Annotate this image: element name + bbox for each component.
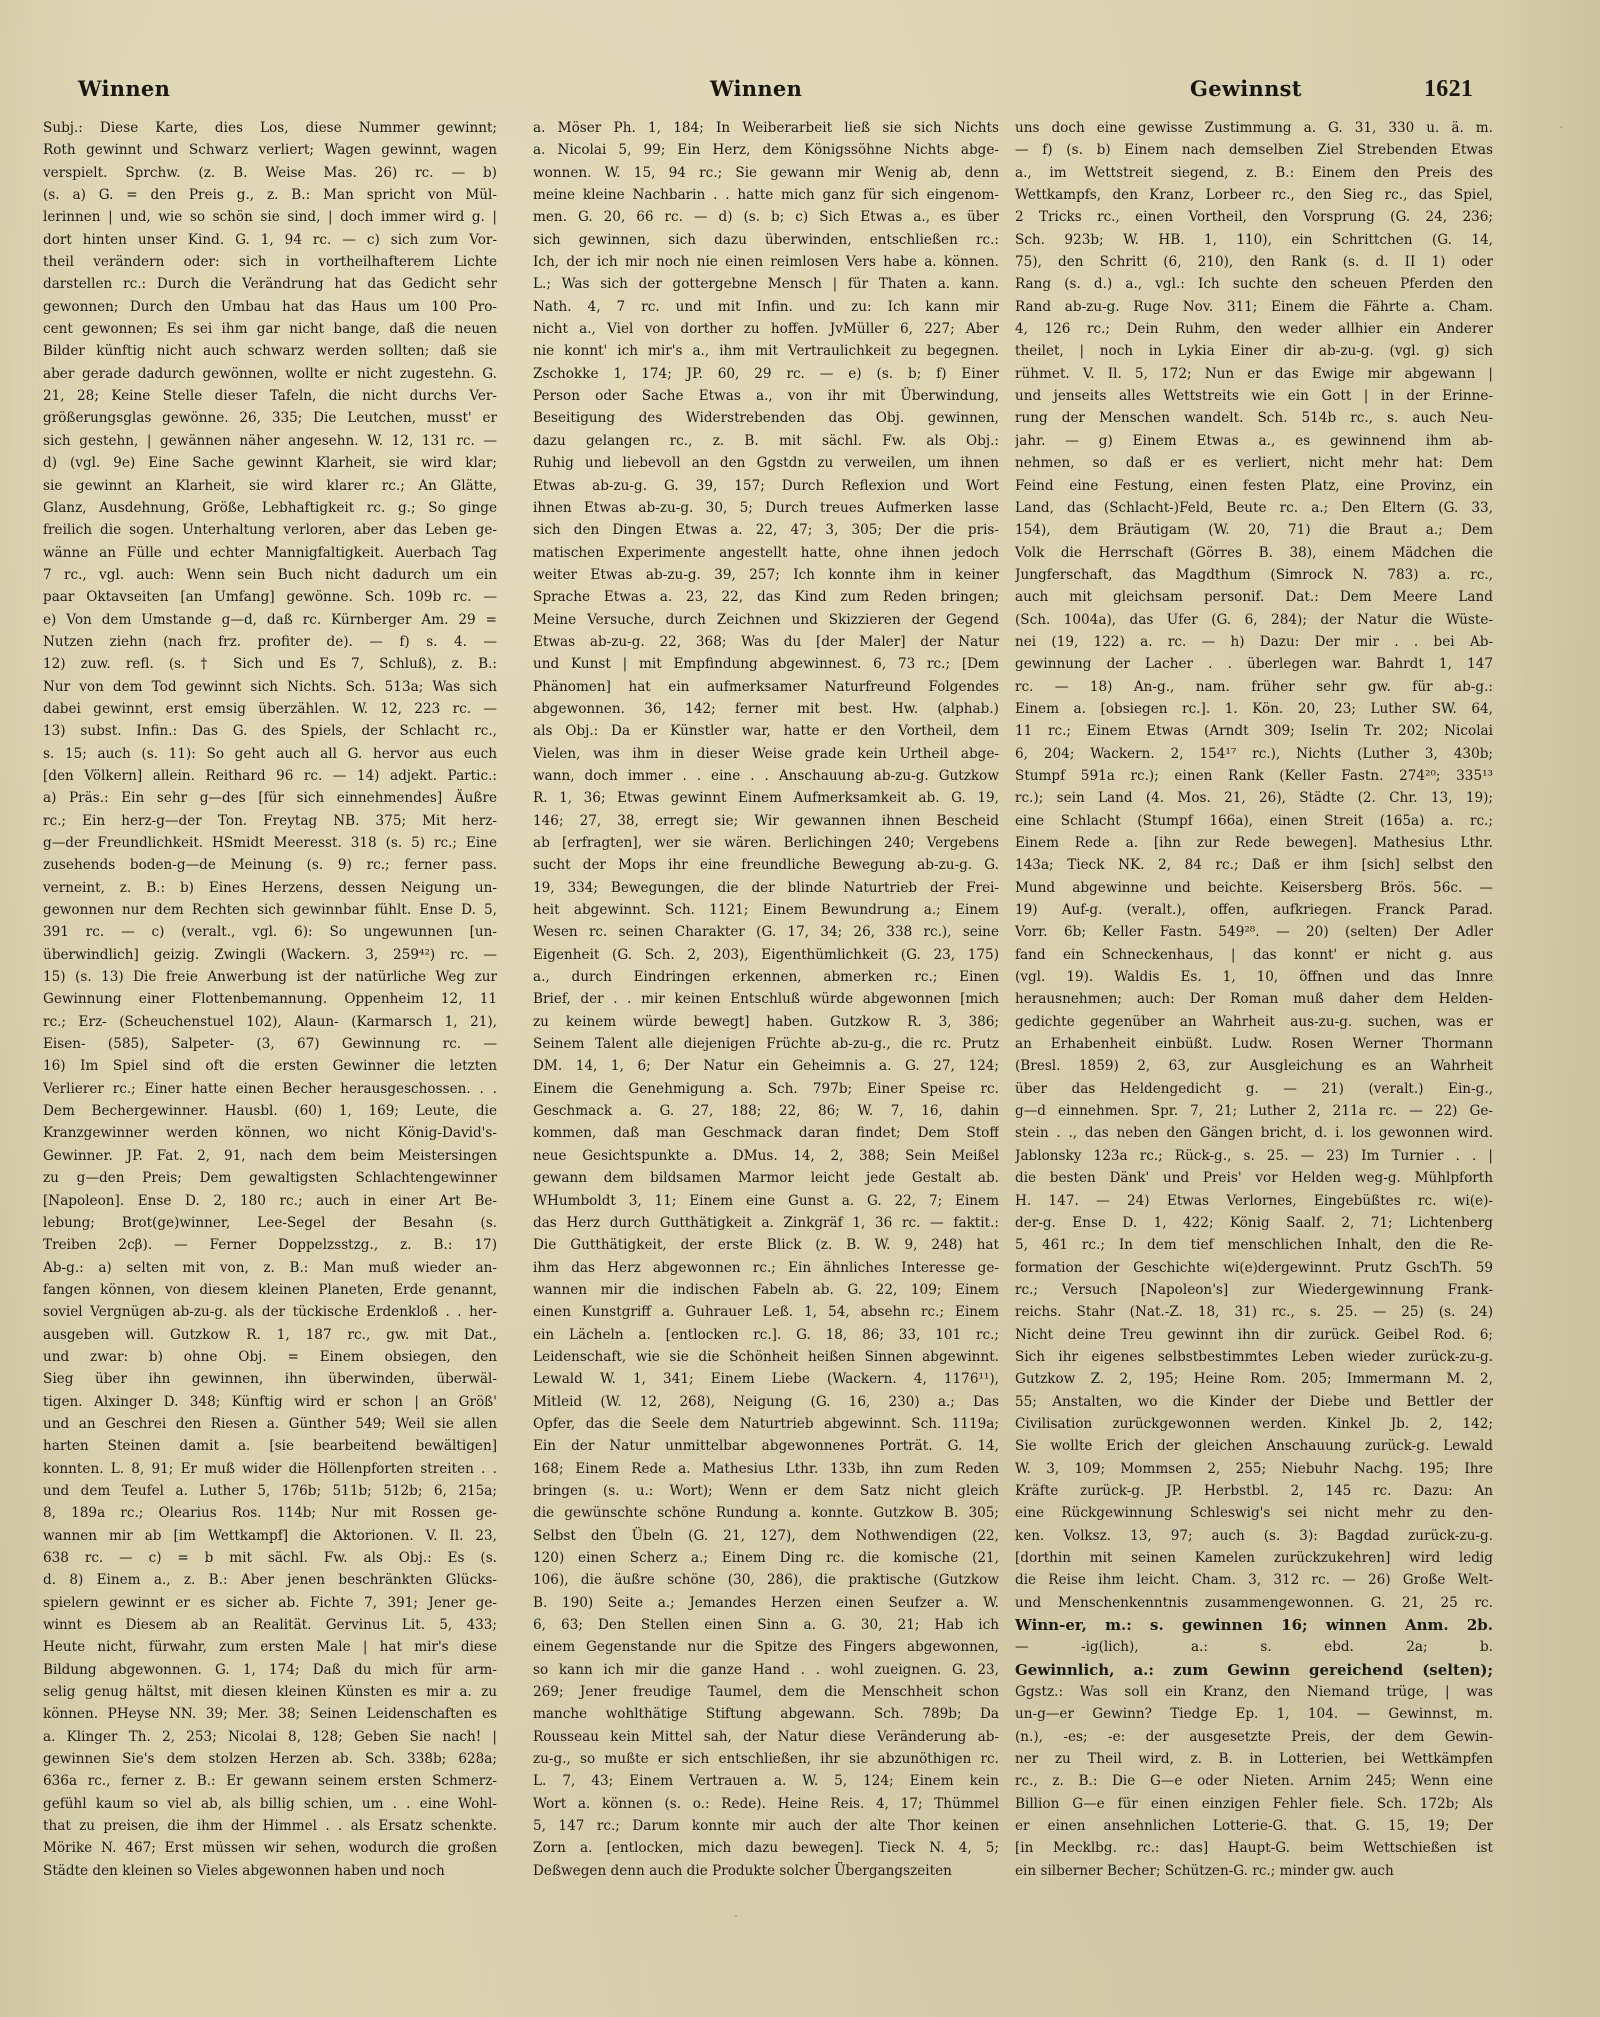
text-line: Land, das (Schlacht-)Feld, Beute rc. a.;… xyxy=(1015,497,1493,519)
text-line: bringen (s. u.: Wort); Wenn er dem Satz … xyxy=(533,1480,999,1502)
text-line: men. G. 20, 66 rc. — d) (s. b; c) Sich E… xyxy=(533,206,999,228)
text-line: wannen mir ab [im Wettkampf] die Aktorio… xyxy=(43,1525,497,1547)
text-line: und Menschenkenntnis zusammengewonnen. G… xyxy=(1015,1592,1493,1614)
text-line: überwindlich] geizig. Zwingli (Wackern. … xyxy=(43,944,497,966)
text-line: Selbst den Übeln (G. 21, 127), dem Nothw… xyxy=(533,1525,999,1547)
text-line: ausgeben will. Gutzkow R. 1, 187 rc., gw… xyxy=(43,1324,497,1346)
text-line: und Kunst | mit Empfindung abgewinnest. … xyxy=(533,653,999,675)
text-line: ner zu Theil wird, z. B. in Lotterien, b… xyxy=(1015,1748,1493,1770)
text-line: Gutzkow Z. 2, 195; Heine Rom. 205; Immer… xyxy=(1015,1368,1493,1390)
text-line: herausnehmen; auch: Der Roman muß daher … xyxy=(1015,988,1493,1010)
text-line: ken. Volksz. 13, 97; auch (s. 3): Bagdad… xyxy=(1015,1525,1493,1547)
text-line: L. 7, 43; Einem Vertrauen a. W. 5, 124; … xyxy=(533,1770,999,1792)
text-line: das Herz durch Gutthätigkeit a. Zinkgräf… xyxy=(533,1212,999,1234)
text-line: Bilder künftig nicht auch schwarz werden… xyxy=(43,340,497,362)
text-line: winnt es Diesem ab an Realität. Gervinus… xyxy=(43,1614,497,1636)
text-line: Sich ihr eigenes selbstbestimmtes Leben … xyxy=(1015,1346,1493,1368)
text-line: cent gewonnen; Es sei ihm gar nicht bang… xyxy=(43,318,497,340)
text-line: a. Möser Ph. 1, 184; In Weiberarbeit lie… xyxy=(533,117,999,139)
text-line: und jenseits alles Wettstreits wie ein G… xyxy=(1015,385,1493,407)
text-line: 638 rc. — c) = b mit sächl. Fw. als Obj.… xyxy=(43,1547,497,1569)
text-line: Rang (s. d.) a., vgl.: Ich suchte den sc… xyxy=(1015,273,1493,295)
text-line: 7 rc., vgl. auch: Wenn sein Buch nicht d… xyxy=(43,564,497,586)
text-line: Eigenheit (G. Sch. 2, 203), Eigenthümlic… xyxy=(533,944,999,966)
text-line: gefühl kaum so viel ab, als billig schie… xyxy=(43,1793,497,1815)
text-line: d) (vgl. 9e) Eine Sache gewinnt Klarheit… xyxy=(43,452,497,474)
text-line: 19) Auf-g. (veralt.), offen, aufkriegen.… xyxy=(1015,899,1493,921)
text-line: Mörike N. 467; Erst müssen wir sehen, wo… xyxy=(43,1837,497,1859)
scan-speck xyxy=(1560,126,1562,128)
text-line: Treiben 2cβ). — Ferner Doppelzsstzg., z.… xyxy=(43,1234,497,1256)
text-line: uns doch eine gewisse Zustimmung a. G. 3… xyxy=(1015,117,1493,139)
text-line: WHumboldt 3, 11; Einem eine Gunst a. G. … xyxy=(533,1190,999,1212)
text-line: 168; Einem Rede a. Mathesius Lthr. 133b,… xyxy=(533,1458,999,1480)
text-line: e) Von dem Umstande g—d, daß rc. Kürnber… xyxy=(43,609,497,631)
text-line: sucht der Mops ihr eine freundliche Bewe… xyxy=(533,854,999,876)
text-line: 143a; Tieck NK. 2, 84 rc.; Daß er ihm [s… xyxy=(1015,854,1493,876)
text-line: Stumpf 591a rc.); einen Rank (Keller Fas… xyxy=(1015,765,1493,787)
text-line: rc.; Ein herz-g—der Ton. Freytag NB. 375… xyxy=(43,810,497,832)
text-line: Rand ab-zu-g. Ruge Nov. 311; Einem die F… xyxy=(1015,296,1493,318)
text-line: s. 15; auch (s. 11): So geht auch all G.… xyxy=(43,743,497,765)
text-line: rc., z. B.: Die G—e oder Nieten. Arnim 2… xyxy=(1015,1770,1493,1792)
text-line: Vorr. 6b; Keller Fastn. 549²⁸. — 20) (se… xyxy=(1015,921,1493,943)
text-line: 5, 147 rc.; Darum konnte mir auch der al… xyxy=(533,1815,999,1837)
text-line: (vgl. 19). Waldis Es. 1, 10, öffnen und … xyxy=(1015,966,1493,988)
text-line: 269; Jener freudige Taumel, dem die Mens… xyxy=(533,1681,999,1703)
text-line: Dem Bechergewinner. Hausbl. (60) 1, 169;… xyxy=(43,1100,497,1122)
text-line: DM. 14, 1, 6; Der Natur ein Geheimnis a.… xyxy=(533,1055,999,1077)
text-line: a) Präs.: Ein sehr g—des [für sich einne… xyxy=(43,787,497,809)
text-line: und dem Teufel a. Luther 5, 176b; 511b; … xyxy=(43,1480,497,1502)
text-column-right: uns doch eine gewisse Zustimmung a. G. 3… xyxy=(1015,117,1493,1882)
text-line: L.; Was sich der gottergebne Mensch | fü… xyxy=(533,273,999,295)
text-line: 4, 126 rc.; Dein Ruhm, den weder allhier… xyxy=(1015,318,1493,340)
text-line: Seinem Talent alle diejenigen Früchte ab… xyxy=(533,1033,999,1055)
text-line: lerinnen | und, wie so schön sie sind, |… xyxy=(43,206,497,228)
text-line: Zorn a. [entlocken, mich dazu bewegen]. … xyxy=(533,1837,999,1859)
text-line: verspielt. Sprchw. (z. B. Weise Mas. 26)… xyxy=(43,162,497,184)
text-line: dazu gelangen rc., z. B. mit sächl. Fw. … xyxy=(533,430,999,452)
text-line: Wesen rc. seinen Charakter (G. 17, 34; 2… xyxy=(533,921,999,943)
text-line: Ein der Natur unmittelbar abgewonnenes P… xyxy=(533,1435,999,1457)
text-line: H. 147. — 24) Etwas Verlornes, Eingebüßt… xyxy=(1015,1190,1493,1212)
text-line: 106), die äußre schöne (30, 286), die pr… xyxy=(533,1569,999,1591)
text-line: fangen können, von diesem kleinen Planet… xyxy=(43,1279,497,1301)
text-line: dort hinten unser Kind. G. 1, 94 rc. — c… xyxy=(43,229,497,251)
text-line: weiter Etwas ab-zu-g. 39, 257; Ich konnt… xyxy=(533,564,999,586)
text-line: Phänomen] hat ein aufmerksamer Naturfreu… xyxy=(533,676,999,698)
text-line: ab [erfragten], wer sie wären. Berlichin… xyxy=(533,832,999,854)
text-line: Glanz, Ausdehnung, Größe, Lebhaftigkeit … xyxy=(43,497,497,519)
text-line: abgewonnen. 36, 142; ferner mit best. Hw… xyxy=(533,698,999,720)
text-line: zu g—den Preis; Dem gewaltigsten Schlach… xyxy=(43,1167,497,1189)
text-line: einen Kunstgriff a. Guhrauer Leß. 1, 54,… xyxy=(533,1301,999,1323)
text-column-middle: a. Möser Ph. 1, 184; In Weiberarbeit lie… xyxy=(533,117,999,1882)
text-line: 146; 27, 38, erregt sie; Wir gewannen ih… xyxy=(533,810,999,832)
text-line: 15) (s. 13) Die freie Anwerbung ist der … xyxy=(43,966,497,988)
text-line: die gewünschte schöne Rundung a. konnte.… xyxy=(533,1502,999,1524)
text-line: rc.; Erz- (Scheuchenstuel 102), Alaun- (… xyxy=(43,1011,497,1033)
text-line: konnten. L. 8, 91; Er muß wider die Höll… xyxy=(43,1458,497,1480)
text-column-left: Subj.: Diese Karte, dies Los, diese Numm… xyxy=(43,117,497,1882)
text-line: Winn-er, m.: s. gewinnen 16; winnen Anm.… xyxy=(1015,1614,1493,1636)
text-line: einem Gegenstande nur die Spitze des Fin… xyxy=(533,1636,999,1658)
text-line: eine Schlacht (Stumpf 166a), einen Strei… xyxy=(1015,810,1493,832)
text-line: Jungferschaft, das Magdthum (Simrock N. … xyxy=(1015,564,1493,586)
text-line: [den Völkern] allein. Reithard 96 rc. — … xyxy=(43,765,497,787)
text-line: 13) subst. Infin.: Das G. des Spiels, de… xyxy=(43,720,497,742)
text-line: Jablonsky 123a rc.; Rück-g., s. 25. — 23… xyxy=(1015,1145,1493,1167)
text-line: 636a rc., ferner z. B.: Er gewann seinem… xyxy=(43,1770,497,1792)
text-line: spielern gewinnt er es sicher ab. Fichte… xyxy=(43,1592,497,1614)
text-line: theilet, | noch in Lykia Einer dir ab-zu… xyxy=(1015,340,1493,362)
text-line: ihm das Herz abgewonnen rc.; Ein ähnlich… xyxy=(533,1257,999,1279)
text-line: Die Gutthätigkeit, der erste Blick (z. B… xyxy=(533,1234,999,1256)
text-line: Kranzgewinner werden können, wo nicht Kö… xyxy=(43,1122,497,1144)
text-line: Sch. 923b; W. HB. 1, 110), ein Schrittch… xyxy=(1015,229,1493,251)
text-line: 2 Tricks rc., einen Vortheil, den Vorspr… xyxy=(1015,206,1493,228)
text-line: Sie wollte Erich der gleichen Anschauung… xyxy=(1015,1435,1493,1457)
scan-speck xyxy=(132,86,134,88)
text-line: sich gewinnen, sich dazu überwinden, ent… xyxy=(533,229,999,251)
text-line: rc.); sein Land (4. Mos. 21, 26), Städte… xyxy=(1015,787,1493,809)
text-line: zu-g., so mußte er sich entschließen, ih… xyxy=(533,1748,999,1770)
page-number: 1621 xyxy=(1424,76,1473,103)
text-line: a. Klinger Th. 2, 253; Nicolai 8, 128; G… xyxy=(43,1726,497,1748)
text-line: zusehends boden-g—de Meinung (s. 9) rc.;… xyxy=(43,854,497,876)
text-line: Städte den kleinen so Vieles abgewonnen … xyxy=(43,1860,497,1882)
text-line: a. Nicolai 5, 99; Ein Herz, dem Königssö… xyxy=(533,139,999,161)
text-line: aber gerade dadurch gewönnen, wollte er … xyxy=(43,363,497,385)
text-line: [dorthin mit seinen Kamelen zurückzukehr… xyxy=(1015,1547,1493,1569)
text-line: Eisen- (585), Salpeter- (3, 67) Gewinnun… xyxy=(43,1033,497,1055)
text-line: Wort a. können (s. o.: Rede). Heine Reis… xyxy=(533,1793,999,1815)
text-line: Mitleid (W. 12, 268), Neigung (G. 16, 23… xyxy=(533,1391,999,1413)
text-line: kommen, daß man Geschmack daran findet; … xyxy=(533,1122,999,1144)
text-line: Mund abgewinne und beichte. Keisersberg … xyxy=(1015,877,1493,899)
text-line: als Obj.: Da er Künstler war, hatte er d… xyxy=(533,720,999,742)
text-line: tigen. Alxinger D. 348; Künftig wird er … xyxy=(43,1391,497,1413)
text-line: auch mit gleichsam personif. Dat.: Dem M… xyxy=(1015,586,1493,608)
text-line: (Bresl. 1859) 2, 63, zur Ausgleichung es… xyxy=(1015,1055,1493,1077)
dictionary-page: Winnen Winnen Gewinnst 1621 Subj.: Diese… xyxy=(0,0,1600,2017)
text-line: können. PHeyse NN. 39; Mer. 38; Seinen L… xyxy=(43,1703,497,1725)
text-line: formation der Geschichte wi(e)dergewinnt… xyxy=(1015,1257,1493,1279)
text-line: matischen Experimente angestellt hatte, … xyxy=(533,542,999,564)
text-line: freilich die sogen. Unterhaltung verlore… xyxy=(43,519,497,541)
text-line: rühmet. V. Il. 5, 172; Nun er das Ewige … xyxy=(1015,363,1493,385)
text-line: 8, 189a rc.; Olearius Ros. 114b; Nur mit… xyxy=(43,1502,497,1524)
text-line: [in Mecklbg. rc.: das] Haupt-G. beim Wet… xyxy=(1015,1837,1493,1859)
text-line: soviel Vergnügen ab-zu-g. als der tückis… xyxy=(43,1301,497,1323)
text-line: dabei gewinnt, erst emsig überzählen. W.… xyxy=(43,698,497,720)
text-line: Brief, der . . mir keinen Entschluß würd… xyxy=(533,988,999,1010)
text-line: eine Rückgewinnung Schleswig's sei nicht… xyxy=(1015,1502,1493,1524)
text-line: wannen mir die indischen Fabeln ab. G. 2… xyxy=(533,1279,999,1301)
text-line: Nur von dem Tod gewinnt sich Nichts. Sch… xyxy=(43,676,497,698)
text-line: fand ein Schneckenhaus, | das konnt' er … xyxy=(1015,944,1493,966)
text-line: und zwar: b) ohne Obj. = Einem obsiegen,… xyxy=(43,1346,497,1368)
text-line: ein silberner Becher; Schützen-G. rc.; m… xyxy=(1015,1860,1493,1882)
text-line: 21, 28; Keine Stelle dieser Tafeln, die … xyxy=(43,385,497,407)
text-line: Gewinnung einer Flottenbemannung. Oppenh… xyxy=(43,988,497,1010)
text-line: Nutzen ziehn (nach frz. profiter de). — … xyxy=(43,631,497,653)
text-line: an Erhabenheit einbüßt. Ludw. Rosen Wern… xyxy=(1015,1033,1493,1055)
text-line: die besten Dänk' und Preis' vor Helden w… xyxy=(1015,1167,1493,1189)
text-line: a., im Wettstreit siegend, z. B.: Einem … xyxy=(1015,162,1493,184)
text-line: jahr. — g) Einem Etwas a., es gewinnend … xyxy=(1015,430,1493,452)
text-line: Person oder Sache Etwas a., von ihr mit … xyxy=(533,385,999,407)
text-line: reichs. Stahr (Nat.-Z. 18, 31) rc., s. 2… xyxy=(1015,1301,1493,1323)
text-line: nei (19, 122) a. rc. — h) Dazu: Der mir … xyxy=(1015,631,1493,653)
text-line: ein Lächeln a. [entlocken rc.]. G. 18, 8… xyxy=(533,1324,999,1346)
text-line: that zu preisen, die ihm der Himmel . . … xyxy=(43,1815,497,1837)
text-line: 16) Im Spiel sind oft die ersten Gewinne… xyxy=(43,1055,497,1077)
text-line: größerungsglas gewönne. 26, 335; Die Leu… xyxy=(43,407,497,429)
text-line: 19, 334; Bewegungen, die der blinde Natu… xyxy=(533,877,999,899)
text-line: rc.; Versuch [Napoleon's] zur Wiedergewi… xyxy=(1015,1279,1493,1301)
text-line: er einen ansehnlichen Lotterie-G. that. … xyxy=(1015,1815,1493,1837)
text-line: sich gestehn, | gewännen näher angesehn.… xyxy=(43,430,497,452)
text-line: gewinnen Sie's dem stolzen Herzen ab. Sc… xyxy=(43,1748,497,1770)
text-line: Einem a. [obsiegen rc.]. 1. Kön. 20, 23;… xyxy=(1015,698,1493,720)
scan-speck xyxy=(1492,980,1494,982)
running-head: Winnen Winnen Gewinnst 1621 xyxy=(0,76,1600,116)
text-line: Einem Rede a. [ihn zur Rede bewegen]. Ma… xyxy=(1015,832,1493,854)
text-line: neue Gesichtspunkte a. DMus. 14, 2, 388;… xyxy=(533,1145,999,1167)
text-line: zu keinem würde bewegt] haben. Gutzkow R… xyxy=(533,1011,999,1033)
text-line: 391 rc. — c) (veralt., vgl. 6): So ungew… xyxy=(43,921,497,943)
text-line: rung der Menschen wandelt. Sch. 514b rc.… xyxy=(1015,407,1493,429)
text-line: meine kleine Nachbarin . . hatte mich ga… xyxy=(533,184,999,206)
text-line: Meine Versuche, durch Zeichnen und Skizz… xyxy=(533,609,999,631)
text-line: manche wohlthätige Stiftung abgewann. Sc… xyxy=(533,1703,999,1725)
text-line: Volk die Herrschaft (Görres B. 38), eine… xyxy=(1015,542,1493,564)
text-line: Etwas ab-zu-g. 22, 368; Was du [der Male… xyxy=(533,631,999,653)
text-line: Wettkampfs, den Kranz, Lorbeer rc., den … xyxy=(1015,184,1493,206)
text-line: der-g. Ense D. 1, 422; König Saalf. 2, 7… xyxy=(1015,1212,1493,1234)
scan-speck xyxy=(735,1915,737,1917)
text-line: Verlierer rc.; Einer hatte einen Becher … xyxy=(43,1078,497,1100)
text-line: Nicht deine Treu gewinnt ihn dir zurück.… xyxy=(1015,1324,1493,1346)
text-line: 154), dem Bräutigam (W. 20, 71) die Brau… xyxy=(1015,519,1493,541)
text-line: (n.), -es; -e: der ausgesetzte Preis, de… xyxy=(1015,1726,1493,1748)
text-line: nehmen, so daß er es verliert, nicht meh… xyxy=(1015,452,1493,474)
text-line: Ab-g.: a) selten mit von, z. B.: Man muß… xyxy=(43,1257,497,1279)
text-line: heit abgewinnt. Sch. 1121; Einem Bewundr… xyxy=(533,899,999,921)
text-line: wonnen. W. 15, 94 rc.; Sie gewann mir We… xyxy=(533,162,999,184)
text-line: Billion G—e für einen einzigen Fehler fi… xyxy=(1015,1793,1493,1815)
text-line: Roth gewinnt und Schwarz verliert; Wagen… xyxy=(43,139,497,161)
text-line: Beseitigung des Widerstrebenden das Obj.… xyxy=(533,407,999,429)
text-line: Lewald W. 1, 341; Einem Liebe (Wackern. … xyxy=(533,1368,999,1390)
text-line: R. 1, 36; Etwas gewinnt Einem Aufmerksam… xyxy=(533,787,999,809)
text-line: W. 3, 109; Mommsen 2, 255; Niebuhr Nachg… xyxy=(1015,1458,1493,1480)
text-line: paar Oktavseiten [an Umfang] gewönne. Sc… xyxy=(43,586,497,608)
text-line: gewonnen nur dem Rechten sich gewinnbar … xyxy=(43,899,497,921)
text-line: Gewinner. JP. Fat. 2, 91, nach dem beim … xyxy=(43,1145,497,1167)
running-head-left: Winnen xyxy=(78,76,170,101)
text-line: wann, doch immer . . eine . . Anschauung… xyxy=(533,765,999,787)
text-line: Deßwegen denn auch die Produkte solcher … xyxy=(533,1860,999,1882)
text-line: 6, 204; Wackern. 2, 154¹⁷ rc.), Nichts (… xyxy=(1015,743,1493,765)
text-line: über das Heldengedicht g. — 21) (veralt.… xyxy=(1015,1078,1493,1100)
text-line: wänne an Fülle und echter Mannigfaltigke… xyxy=(43,542,497,564)
text-line: 12) zuw. refl. (s. † Sich und Es 7, Schl… xyxy=(43,653,497,675)
text-line: Sprache Etwas a. 23, 22, das Kind zum Re… xyxy=(533,586,999,608)
text-line: die Reise ihm leicht. Cham. 3, 312 rc. —… xyxy=(1015,1569,1493,1591)
text-line: selig genug hältst, mit diesen kleinen K… xyxy=(43,1681,497,1703)
text-line: — f) (s. b) Einem nach demselben Ziel St… xyxy=(1015,139,1493,161)
text-line: Vielen, was ihm in dieser Weise grade ke… xyxy=(533,743,999,765)
text-line: (Sch. 1004a), das Ufer (G. 6, 284); der … xyxy=(1015,609,1493,631)
text-line: un-g—er Gewinn? Tiedge Ep. 1, 104. — Gew… xyxy=(1015,1703,1493,1725)
text-line: sich den Dingen Etwas a. 22, 47; 3, 305;… xyxy=(533,519,999,541)
text-line: Nath. 4, 7 rc. und mit Infin. und zu: Ic… xyxy=(533,296,999,318)
text-line: Bildung abgewonnen. G. 1, 174; Daß du mi… xyxy=(43,1659,497,1681)
text-line: Zschokke 1, 174; JP. 60, 29 rc. — e) (s.… xyxy=(533,363,999,385)
running-head-right: Gewinnst xyxy=(1190,76,1302,101)
text-line: 55; Anstalten, wo die Kinder der Diebe u… xyxy=(1015,1391,1493,1413)
text-line: Ggstz.: Was soll ein Kranz, den Niemand … xyxy=(1015,1681,1493,1703)
text-line: sie gewinnt an Klarheit, sie wird klarer… xyxy=(43,475,497,497)
text-line: [Napoleon]. Ense D. 2, 180 rc.; auch in … xyxy=(43,1190,497,1212)
text-line: Ich, der ich mir noch nie einen reimlose… xyxy=(533,251,999,273)
text-line: Heute nicht, fürwahr, zum ersten Male | … xyxy=(43,1636,497,1658)
running-head-center: Winnen xyxy=(710,76,802,101)
text-line: (s. a) G. = den Preis g., z. B.: Man spr… xyxy=(43,184,497,206)
text-line: d. 8) Einem a., z. B.: Aber jenen beschr… xyxy=(43,1569,497,1591)
text-line: Kräfte zurück-g. JP. Herbstbl. 2, 145 rc… xyxy=(1015,1480,1493,1502)
text-line: gewonnen; Durch den Umbau hat das Haus u… xyxy=(43,296,497,318)
text-line: g—der Freundlichkeit. HSmidt Meeresst. 3… xyxy=(43,832,497,854)
text-line: Subj.: Diese Karte, dies Los, diese Numm… xyxy=(43,117,497,139)
text-line: Ruhig und liebevoll an den Ggstdn zu ver… xyxy=(533,452,999,474)
text-line: 6, 63; Den Stellen einen Sinn a. G. 30, … xyxy=(533,1614,999,1636)
text-line: Rousseau kein Mittel sah, der Natur dies… xyxy=(533,1726,999,1748)
text-line: 75), den Schritt (6, 210), den Rank (s. … xyxy=(1015,251,1493,273)
text-line: Feind eine Festung, einen festen Platz, … xyxy=(1015,475,1493,497)
text-line: 5, 461 rc.; In dem tief menschlichen Inh… xyxy=(1015,1234,1493,1256)
text-line: lebung; Brot(ge)winner, Lee-Segel der Be… xyxy=(43,1212,497,1234)
text-line: ihnen Etwas ab-zu-g. 30, 5; Durch treues… xyxy=(533,497,999,519)
text-line: gewinnung der Lacher . . überlegen war. … xyxy=(1015,653,1493,675)
text-line: Sieg über ihn gewinnen, ihn überwinden, … xyxy=(43,1368,497,1390)
text-line: Leidenschaft, wie sie die Schönheit heiß… xyxy=(533,1346,999,1368)
text-line: theil verändern oder: sich in vortheilha… xyxy=(43,251,497,273)
text-line: harten Steinen damit a. [sie bearbeitend… xyxy=(43,1435,497,1457)
text-line: nie konnt' ich mir's a., ihm mit Vertrau… xyxy=(533,340,999,362)
text-line: so kann ich mir die ganze Hand . . wohl … xyxy=(533,1659,999,1681)
text-line: — -ig(lich), a.: s. ebd. 2a; b. xyxy=(1015,1636,1493,1658)
text-line: gedichte gegenüber an Wahrheit aus-zu-g.… xyxy=(1015,1011,1493,1033)
text-line: rc. — 18) An-g., nam. früher sehr gw. fü… xyxy=(1015,676,1493,698)
text-line: a., durch Eindringen erkennen, abmerken … xyxy=(533,966,999,988)
text-line: verneint, z. B.: b) Eines Herzens, desse… xyxy=(43,877,497,899)
text-line: Geschmack a. G. 27, 188; 22, 86; W. 7, 1… xyxy=(533,1100,999,1122)
text-line: B. 190) Seite a.; Jemandes Herzen einen … xyxy=(533,1592,999,1614)
text-line: Opfer, das die Seele dem Naturtrieb abge… xyxy=(533,1413,999,1435)
text-line: 11 rc.; Einem Etwas (Arndt 309; Iselin T… xyxy=(1015,720,1493,742)
text-line: Civilisation zurückgewonnen werden. Kink… xyxy=(1015,1413,1493,1435)
text-line: Etwas ab-zu-g. G. 39, 157; Durch Reflexi… xyxy=(533,475,999,497)
text-line: Gewinnlich, a.: zum Gewinn gereichend (s… xyxy=(1015,1659,1493,1681)
text-line: darstellen rc.: Durch die Verändrung hat… xyxy=(43,273,497,295)
text-line: nicht a., Viel von dorther zu hoffen. Jv… xyxy=(533,318,999,340)
text-line: und an Geschrei den Riesen a. Günther 54… xyxy=(43,1413,497,1435)
text-line: Einem die Genehmigung a. Sch. 797b; Eine… xyxy=(533,1078,999,1100)
text-line: 120) einen Scherz a.; Einem Ding rc. die… xyxy=(533,1547,999,1569)
text-line: g—d einnehmen. Spr. 7, 21; Luther 2, 211… xyxy=(1015,1100,1493,1122)
text-line: stein . ., das neben den Gängen bricht, … xyxy=(1015,1122,1493,1144)
text-line: gewann dem bildsamen Marmor leicht jede … xyxy=(533,1167,999,1189)
